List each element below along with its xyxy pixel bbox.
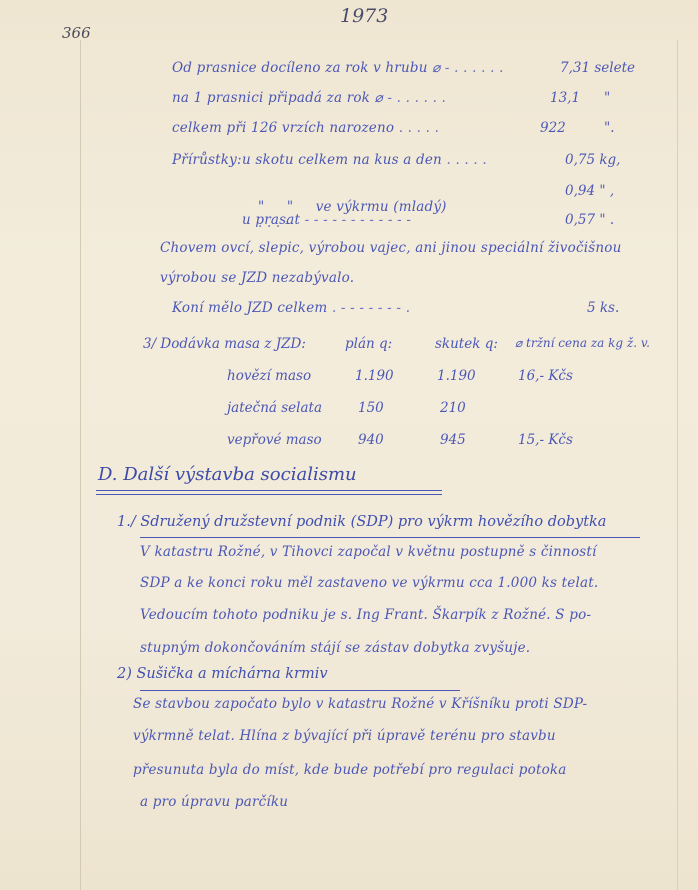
meat-delivery-title: 3/ Dodávka masa z JZD: bbox=[143, 336, 306, 352]
horses-value: 5 ks. bbox=[587, 300, 619, 316]
table-row-item: jatečná selata bbox=[227, 400, 322, 416]
year-heading: 1973 bbox=[340, 5, 388, 27]
table-row-actual: 945 bbox=[440, 432, 466, 448]
column-header-actual: skutek q: bbox=[435, 336, 498, 352]
subsection-underline bbox=[140, 690, 460, 691]
stat-line: celkem při 126 vrzích narozeno . . . . . bbox=[172, 120, 439, 136]
heading-double-underline bbox=[96, 490, 442, 495]
paragraph-line: Vedoucím tohoto podniku je s. Ing Frant.… bbox=[140, 607, 591, 623]
table-row-actual: 210 bbox=[440, 400, 466, 416]
column-header-plan: plán q: bbox=[345, 336, 392, 352]
table-row-plan: 1.190 bbox=[355, 368, 394, 384]
document-page: 366 1973 Od prasnice docíleno za rok v h… bbox=[0, 0, 698, 890]
paragraph-line: stupným dokončováním stájí se zástav dob… bbox=[140, 640, 530, 656]
ditto-mark: " bbox=[604, 90, 610, 106]
paragraph-line: SDP a ke konci roku měl zastaveno ve výk… bbox=[140, 575, 598, 591]
leader-dots: - - - - - - - - - - - - bbox=[305, 212, 412, 228]
leader-dots: . . . . . bbox=[446, 152, 486, 168]
page-number: 366 bbox=[62, 24, 91, 42]
table-row-plan: 150 bbox=[358, 400, 384, 416]
section-heading: D. Další výstavba socialismu bbox=[98, 464, 357, 485]
gains-row: u prasat - - - - - - - - - - - - bbox=[242, 212, 411, 228]
leader-dots: . - - - - - - - . bbox=[332, 300, 410, 316]
right-margin-line bbox=[677, 40, 678, 890]
paragraph-line: Se stavbou započato bylo v katastru Rožn… bbox=[133, 696, 587, 712]
subsection-title: 2) Sušička a míchárna krmiv bbox=[117, 666, 328, 682]
gains-text: u prasat bbox=[242, 212, 300, 228]
paragraph-line: výrobou se JZD nezabývalo. bbox=[160, 270, 354, 286]
leader-dots: - . . . . . . bbox=[445, 60, 504, 76]
gains-row: u skotu celkem na kus a den . . . . . bbox=[242, 152, 487, 168]
paragraph-line: výkrmně telat. Hlína z bývající při úpra… bbox=[133, 728, 556, 744]
gains-label: Přírůstky: bbox=[172, 152, 242, 168]
horses-line: Koní mělo JZD celkem . - - - - - - - . bbox=[172, 300, 410, 316]
gains-value: 0,57 " . bbox=[565, 212, 614, 228]
subsection-underline bbox=[140, 537, 640, 538]
stat-line: na 1 prasnici připadá za rok ⌀ - . . . .… bbox=[172, 90, 446, 106]
paragraph-line: V katastru Rožné, v Tihovci započal v kv… bbox=[140, 544, 597, 560]
gains-text: u skotu celkem na kus a den bbox=[242, 152, 442, 168]
paragraph-line: Chovem ovcí, slepic, výrobou vajec, ani … bbox=[160, 240, 621, 256]
stat-value: 922 bbox=[540, 120, 566, 136]
stat-label: Od prasnice docíleno za rok v hrubu ⌀ bbox=[172, 60, 440, 76]
table-row-price: 15,- Kčs bbox=[518, 432, 573, 448]
ditto-mark: ". bbox=[604, 120, 615, 136]
stat-label: celkem při 126 vrzích narozeno bbox=[172, 120, 394, 136]
table-row-item: hovězí maso bbox=[227, 368, 311, 384]
left-margin-line bbox=[80, 40, 81, 890]
paragraph-line: přesunuta byla do míst, kde bude potřebí… bbox=[133, 762, 567, 778]
table-row-plan: 940 bbox=[358, 432, 384, 448]
leader-dots: - . . . . . . bbox=[387, 90, 446, 106]
stat-label: na 1 prasnici připadá za rok ⌀ bbox=[172, 90, 383, 106]
table-row-actual: 1.190 bbox=[437, 368, 476, 384]
table-row-item: vepřové maso bbox=[227, 432, 322, 448]
leader-dots: . . . . . bbox=[399, 120, 439, 136]
horses-label: Koní mělo JZD celkem bbox=[172, 300, 327, 316]
stat-value: 7,31 selete bbox=[560, 60, 635, 76]
subsection-title: 1./ Sdružený družstevní podnik (SDP) pro… bbox=[117, 514, 606, 530]
gains-value: 0,75 kg, bbox=[565, 152, 620, 168]
paragraph-line: a pro úpravu parčíku bbox=[140, 794, 288, 810]
stat-line: Od prasnice docíleno za rok v hrubu ⌀ - … bbox=[172, 60, 504, 76]
table-row-price: 16,- Kčs bbox=[518, 368, 573, 384]
gains-value: 0,94 " , bbox=[565, 183, 614, 199]
column-header-price: ⌀ tržní cena za kg ž. v. bbox=[515, 336, 650, 350]
stat-value: 13,1 bbox=[550, 90, 580, 106]
